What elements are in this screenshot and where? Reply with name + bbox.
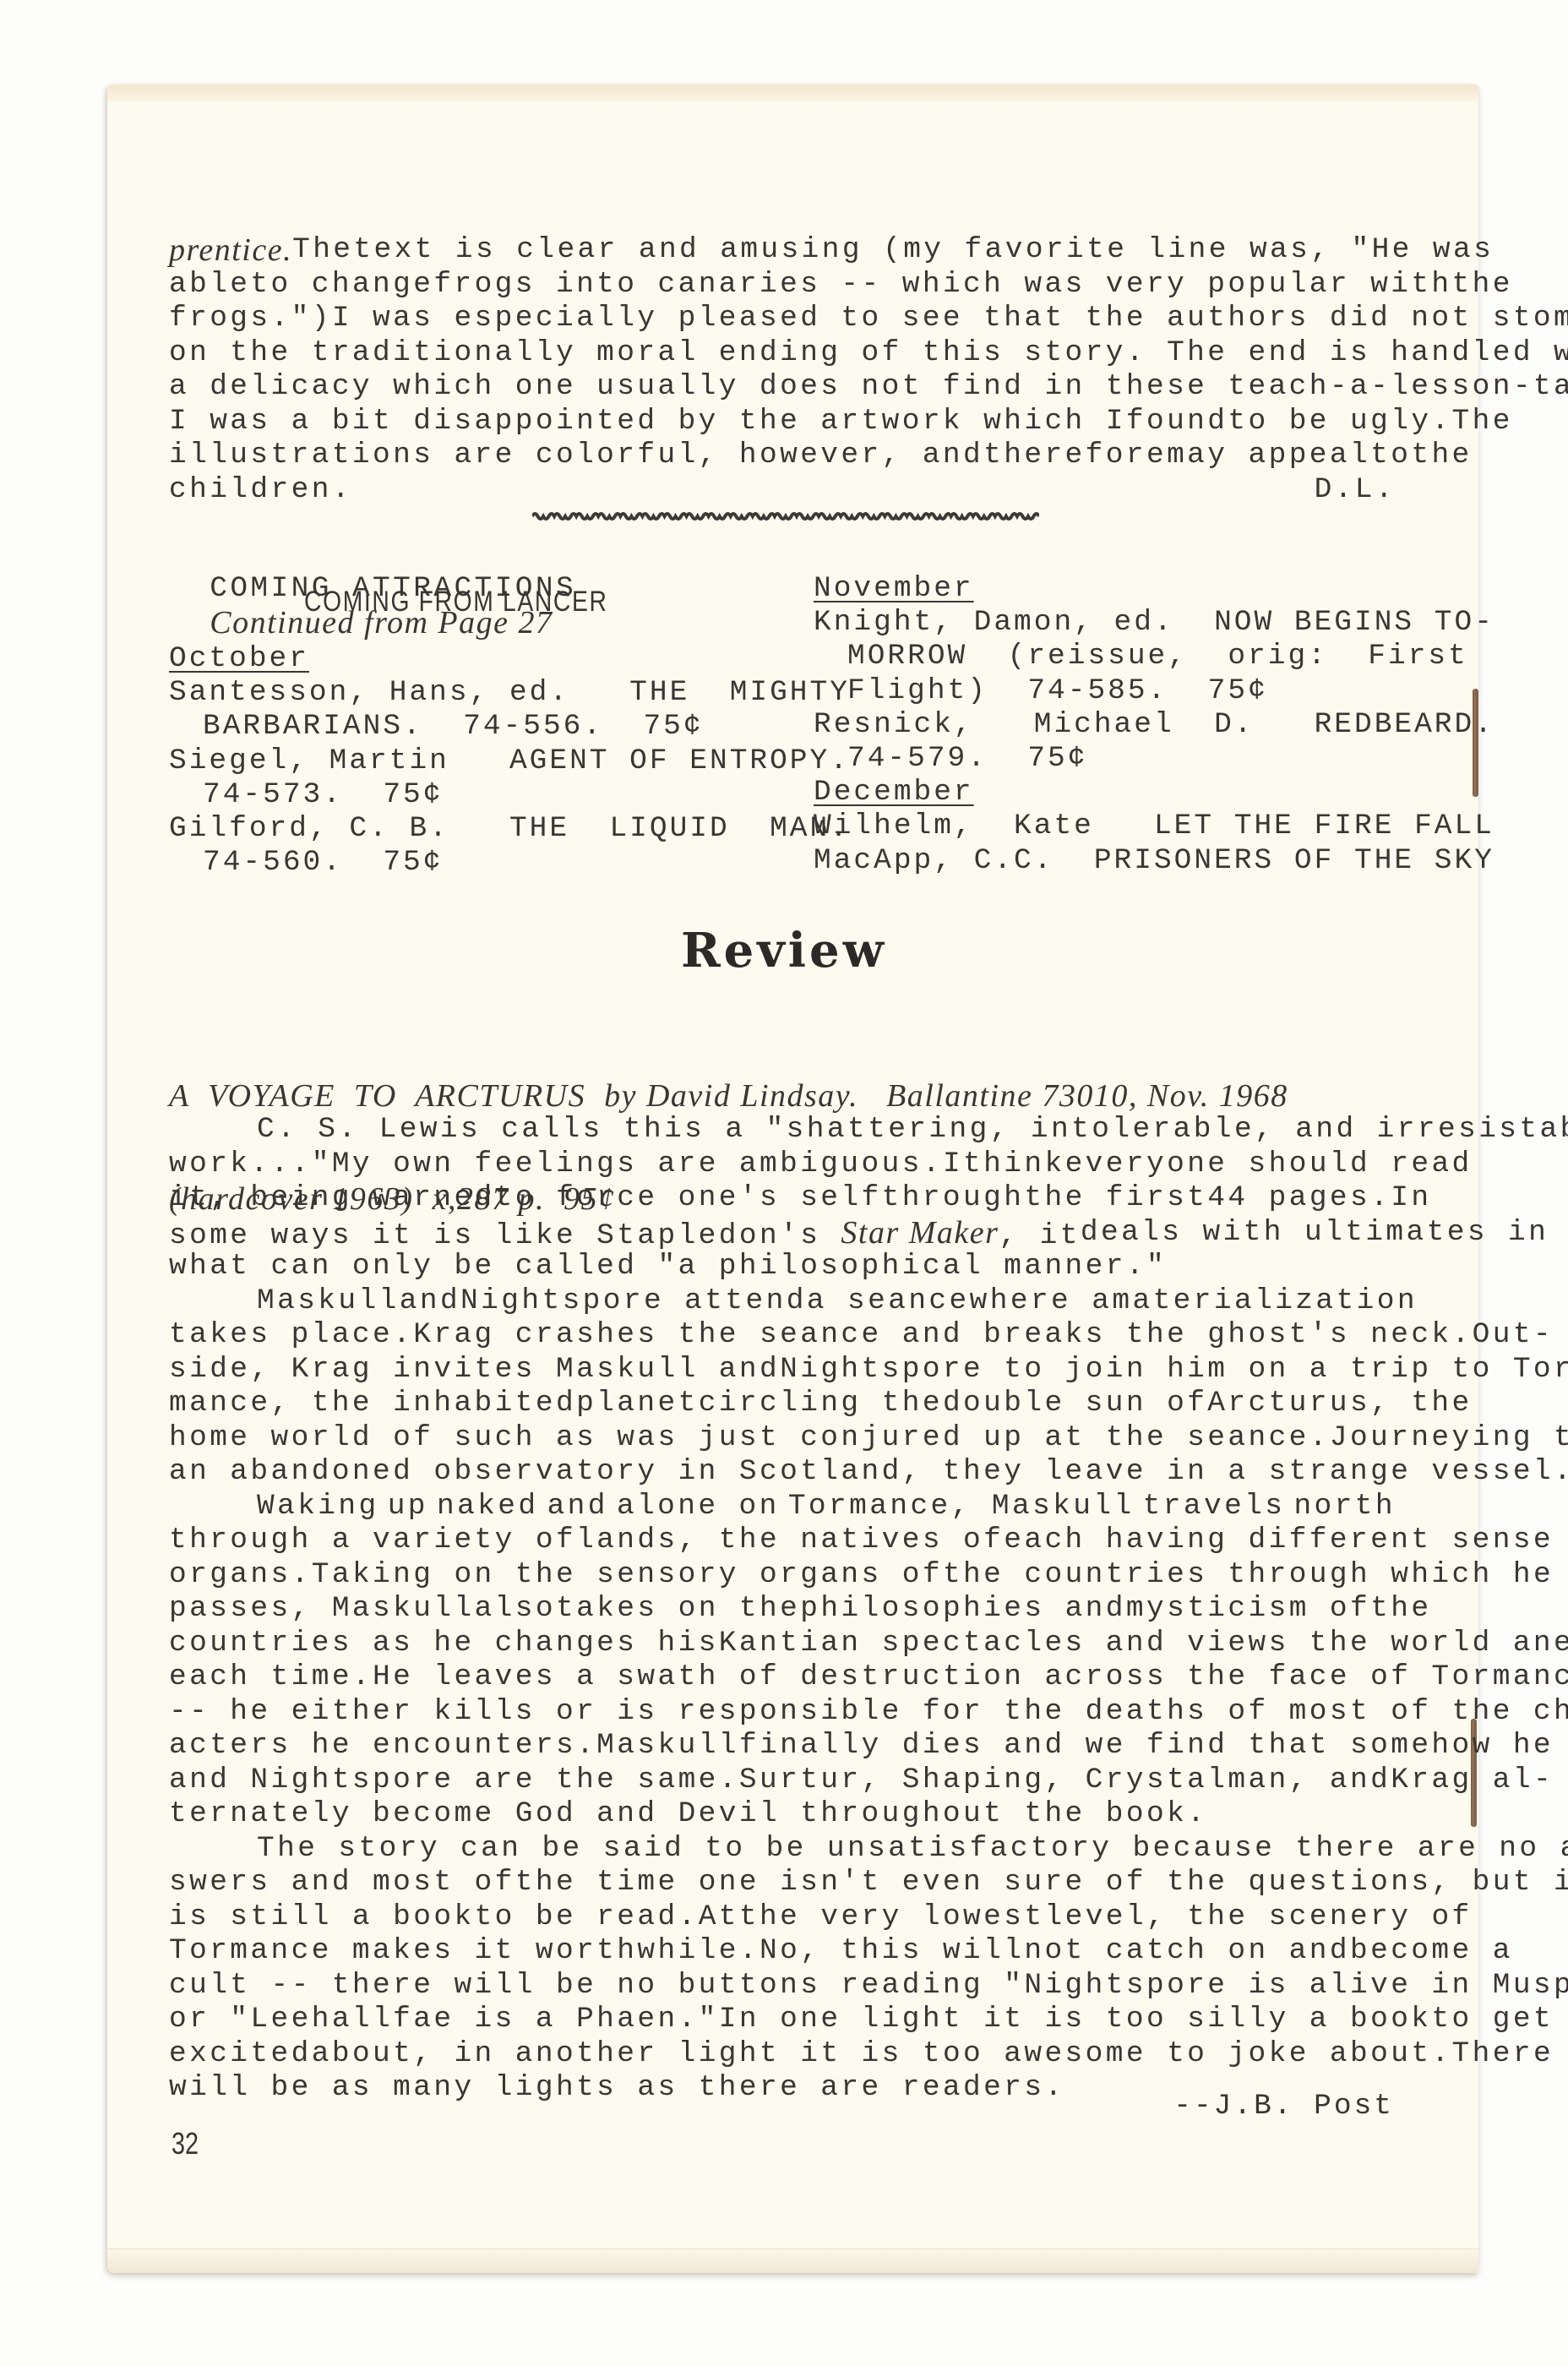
text-line: takes place.Krag crashes the seance and … [169, 1318, 1396, 1353]
text-line: Wakingupnakedandalone onTormance, Maskul… [169, 1490, 1396, 1524]
text-line: prentice.Thetext is clear and amusing (m… [169, 233, 1396, 268]
month-heading: December [814, 776, 1396, 810]
text-line: frogs.")I was especially pleased to see … [169, 302, 1396, 336]
text-line: and Nightspore are the same.Surtur, Shap… [169, 1764, 1396, 1798]
text-line: it, being warnedto force one's selfthrou… [169, 1181, 1396, 1216]
text-line: mance, the inhabitedplanetcircling thedo… [169, 1387, 1396, 1421]
text-line: an abandoned observatory in Scotland, th… [169, 1455, 1396, 1490]
book-entry: Resnick, Michael D. REDBEARD.74-579. 75¢ [814, 708, 1396, 776]
text-line: children.D.L. [169, 473, 1396, 508]
page-number: 32 [171, 2126, 199, 2162]
text-line: C. S. Lewis calls this a "shattering, in… [169, 1113, 1396, 1148]
book-entry: Gilford, C. B. THE LIQUID MAN.74-560. 75… [169, 812, 760, 880]
text-line: acters he encounters.Maskullfinally dies… [169, 1729, 1396, 1764]
text-line: MaskullandNightspore attenda seancewhere… [169, 1284, 1396, 1319]
text-line: side, Krag invites Maskull andNightspore… [169, 1353, 1396, 1387]
text-line: illustrations are colorful, however, and… [169, 439, 1396, 473]
month-heading: October [169, 642, 760, 676]
wavy-separator [532, 510, 1039, 523]
text-line: is still a bookto be read.Atthe very low… [169, 1900, 1396, 1935]
text-line: I was a bit disappointed by the artwork … [169, 405, 1396, 439]
text-line: ableto changefrogs into canaries -- whic… [169, 268, 1396, 303]
text-line: passes, Maskullalsotakes on thephilosoph… [169, 1592, 1396, 1627]
text-line: work..."My own feelings are ambiguous.It… [169, 1148, 1396, 1182]
previous-review-ending: prentice.Thetext is clear and amusing (m… [169, 233, 1396, 507]
staple-top [1473, 689, 1478, 797]
text-line: home world of such as was just conjured … [169, 1421, 1396, 1456]
text-line: excitedabout, in another light it is too… [169, 2037, 1396, 2072]
book-entry: Santesson, Hans, ed. THE MIGHTYBARBARIAN… [169, 676, 760, 744]
book-entry: MacApp, C.C. PRISONERS OF THE SKY [814, 844, 1396, 878]
text-line: The story can be said to be unsatisfacto… [169, 1832, 1396, 1867]
text-line: -- he either kills or is responsible for… [169, 1695, 1396, 1730]
text-line: ternately become God and Devil throughou… [169, 1797, 1396, 1832]
lancer-list-left-column: OctoberSantesson, Hans, ed. THE MIGHTYBA… [169, 642, 760, 880]
review-signature: --J.B. Post [1173, 2090, 1394, 2123]
citation-line: A VOYAGE TO ARCTURUS by David Lindsay. B… [169, 1079, 1396, 1114]
text-line: some ways it is like Stapledon's Star Ma… [169, 1216, 1396, 1251]
text-line: swers and most ofthe time one isn't even… [169, 1866, 1396, 1900]
text-line: a delicacy which one usually does not fi… [169, 370, 1396, 405]
book-entry: Knight, Damon, ed. NOW BEGINS TO-MORROW … [814, 606, 1396, 708]
text-line: what can only be called "a philosophical… [169, 1250, 1396, 1284]
text-line: through a variety oflands, the natives o… [169, 1524, 1396, 1558]
text-line: each time.He leaves a swath of destructi… [169, 1660, 1396, 1695]
book-entry: Siegel, Martin AGENT OF ENTROPY.74-573. … [169, 744, 760, 812]
text-line: cult -- there will be no buttons reading… [169, 1969, 1396, 2003]
publisher-heading: COMING FROM LANCER [304, 586, 608, 619]
text-line: on the traditionally moral ending of thi… [169, 336, 1396, 371]
book-entry: Wilhelm, Kate LET THE FIRE FALL [814, 810, 1396, 843]
text-line: or "Leehallfae is a Phaen."In one light … [169, 2003, 1396, 2037]
review-section-title: Review [0, 923, 1568, 979]
text-line: organs.Taking on the sensory organs ofth… [169, 1558, 1396, 1593]
lancer-list-right-column: NovemberKnight, Damon, ed. NOW BEGINS TO… [814, 572, 1396, 878]
review-body: C. S. Lewis calls this a "shattering, in… [169, 1113, 1396, 2106]
text-line: countries as he changes hisKantian spect… [169, 1627, 1396, 1661]
month-heading: November [814, 572, 1396, 606]
text-line: Tormance makes it worthwhile.No, this wi… [169, 1934, 1396, 1969]
